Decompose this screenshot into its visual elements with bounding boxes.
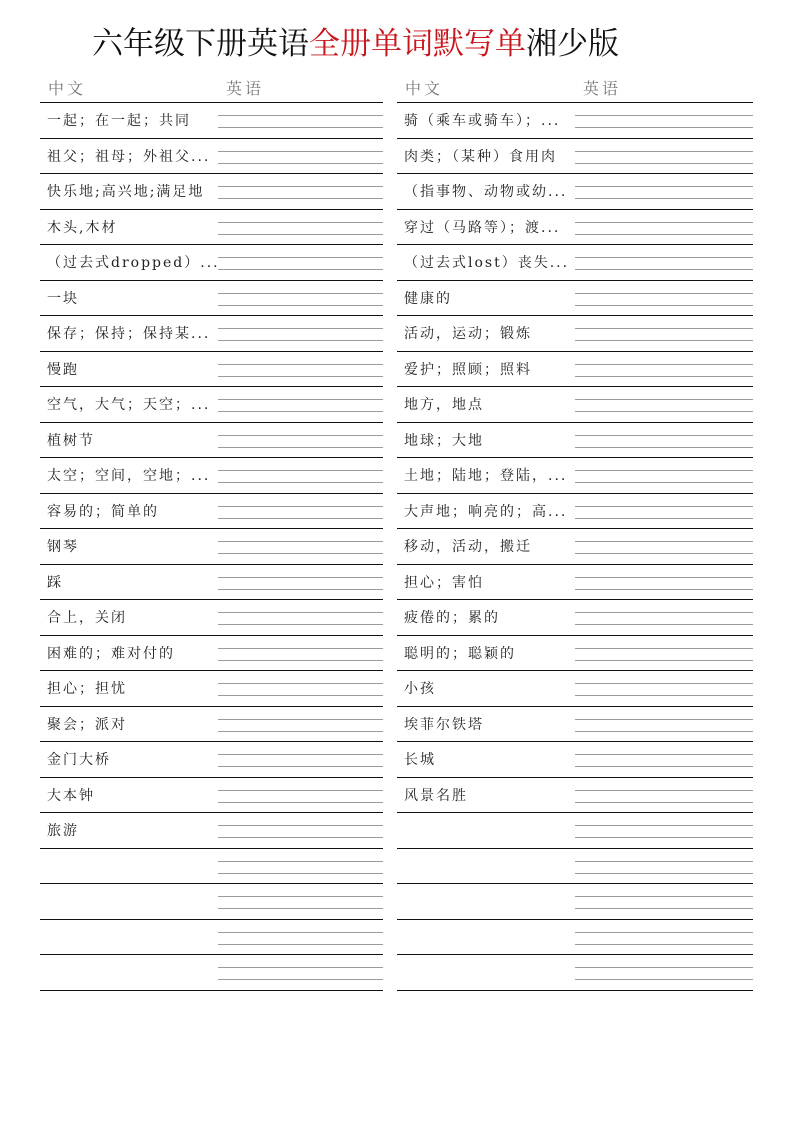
english-write-line xyxy=(575,518,753,519)
vocab-table-left: 中文 英语 一起；在一起；共同祖父；祖母；外祖父...快乐地;高兴地;满足地木头… xyxy=(40,72,383,991)
english-write-line xyxy=(218,754,383,755)
table-row: 长城 xyxy=(397,742,753,778)
english-write-line xyxy=(218,435,383,436)
english-write-line xyxy=(575,754,753,755)
chinese-meaning: 快乐地;高兴地;满足地 xyxy=(47,181,204,201)
table-header: 中文 英语 xyxy=(397,72,753,103)
vocab-table-right: 中文 英语 骑（乘车或骑车）；...肉类；（某种）食用肉（指事物、动物或幼...… xyxy=(397,72,753,991)
table-header: 中文 英语 xyxy=(40,72,383,103)
english-write-line xyxy=(575,541,753,542)
english-write-line xyxy=(218,944,383,945)
chinese-meaning: 活动，运动；锻炼 xyxy=(404,323,532,343)
english-write-line xyxy=(575,399,753,400)
english-write-line xyxy=(218,305,383,306)
english-write-line xyxy=(575,257,753,258)
chinese-meaning: 合上，关闭 xyxy=(47,607,127,627)
column-header-english: 英语 xyxy=(583,76,621,99)
english-write-line xyxy=(575,151,753,152)
table-row xyxy=(397,955,753,991)
chinese-meaning: 移动，活动，搬迁 xyxy=(404,536,532,556)
table-row xyxy=(40,920,383,956)
table-row: 容易的；简单的 xyxy=(40,494,383,530)
chinese-meaning: 旅游 xyxy=(47,820,79,840)
table-row: 担心；害怕 xyxy=(397,565,753,601)
english-write-line xyxy=(575,163,753,164)
english-write-line xyxy=(218,908,383,909)
column-header-english: 英语 xyxy=(226,76,264,99)
english-write-line xyxy=(218,411,383,412)
english-write-line xyxy=(218,577,383,578)
english-write-line xyxy=(575,624,753,625)
english-write-line xyxy=(218,802,383,803)
title-highlight: 全册单词默写单 xyxy=(309,26,526,62)
chinese-meaning: 长城 xyxy=(404,749,436,769)
chinese-meaning: 一起；在一起；共同 xyxy=(47,110,191,130)
english-write-line xyxy=(218,695,383,696)
english-write-line xyxy=(218,553,383,554)
english-write-line xyxy=(575,766,753,767)
english-write-line xyxy=(218,399,383,400)
chinese-meaning: 穿过（马路等）；渡... xyxy=(404,217,560,237)
table-row xyxy=(397,920,753,956)
chinese-meaning: 担心；害怕 xyxy=(404,572,484,592)
english-write-line xyxy=(218,447,383,448)
table-row: 活动，运动；锻炼 xyxy=(397,316,753,352)
english-write-line xyxy=(575,612,753,613)
table-row: 一块 xyxy=(40,281,383,317)
english-write-line xyxy=(218,932,383,933)
chinese-meaning: 聪明的；聪颖的 xyxy=(404,643,516,663)
english-write-line xyxy=(575,896,753,897)
english-write-line xyxy=(218,328,383,329)
english-write-line xyxy=(218,293,383,294)
chinese-meaning: 土地；陆地；登陆，... xyxy=(404,465,567,485)
english-write-line xyxy=(575,837,753,838)
table-row xyxy=(397,813,753,849)
chinese-meaning: 一块 xyxy=(47,288,79,308)
table-row: 大本钟 xyxy=(40,778,383,814)
english-write-line xyxy=(218,731,383,732)
english-write-line xyxy=(575,790,753,791)
table-row: 合上，关闭 xyxy=(40,600,383,636)
column-header-chinese: 中文 xyxy=(48,76,86,99)
english-write-line xyxy=(575,825,753,826)
chinese-meaning: （过去式dropped）... xyxy=(47,252,220,272)
english-write-line xyxy=(575,731,753,732)
english-write-line xyxy=(218,683,383,684)
english-write-line xyxy=(218,861,383,862)
english-write-line xyxy=(218,198,383,199)
english-write-line xyxy=(218,589,383,590)
english-write-line xyxy=(575,553,753,554)
table-row: 地方，地点 xyxy=(397,387,753,423)
chinese-meaning: 爱护；照顾；照料 xyxy=(404,359,532,379)
table-row: （指事物、动物或幼... xyxy=(397,174,753,210)
chinese-meaning: 植树节 xyxy=(47,430,95,450)
chinese-meaning: 小孩 xyxy=(404,678,436,698)
english-write-line xyxy=(218,127,383,128)
english-write-line xyxy=(218,186,383,187)
english-write-line xyxy=(575,435,753,436)
table-row: 钢琴 xyxy=(40,529,383,565)
chinese-meaning: 肉类；（某种）食用肉 xyxy=(404,146,557,166)
english-write-line xyxy=(575,589,753,590)
english-write-line xyxy=(218,482,383,483)
english-write-line xyxy=(575,932,753,933)
english-write-line xyxy=(575,695,753,696)
english-write-line xyxy=(575,861,753,862)
table-row: 健康的 xyxy=(397,281,753,317)
english-write-line xyxy=(218,257,383,258)
chinese-meaning: 容易的；简单的 xyxy=(47,501,159,521)
table-row xyxy=(40,884,383,920)
table-body: 一起；在一起；共同祖父；祖母；外祖父...快乐地;高兴地;满足地木头,木材（过去… xyxy=(40,103,383,991)
english-write-line xyxy=(575,447,753,448)
english-write-line xyxy=(218,660,383,661)
chinese-meaning: 风景名胜 xyxy=(404,785,468,805)
english-write-line xyxy=(218,979,383,980)
english-write-line xyxy=(575,482,753,483)
table-row: 小孩 xyxy=(397,671,753,707)
english-write-line xyxy=(575,186,753,187)
english-write-line xyxy=(218,234,383,235)
english-write-line xyxy=(575,648,753,649)
english-write-line xyxy=(218,766,383,767)
english-write-line xyxy=(575,376,753,377)
table-row: 旅游 xyxy=(40,813,383,849)
english-write-line xyxy=(218,967,383,968)
chinese-meaning: 大声地；响亮的；高... xyxy=(404,501,567,521)
english-write-line xyxy=(218,719,383,720)
table-row xyxy=(40,849,383,885)
chinese-meaning: 金门大桥 xyxy=(47,749,111,769)
table-row: 大声地；响亮的；高... xyxy=(397,494,753,530)
table-row: 担心；担忧 xyxy=(40,671,383,707)
table-row: 慢跑 xyxy=(40,352,383,388)
table-row: 骑（乘车或骑车）；... xyxy=(397,103,753,139)
english-write-line xyxy=(218,222,383,223)
chinese-meaning: 踩 xyxy=(47,572,63,592)
table-row: 聪明的；聪颖的 xyxy=(397,636,753,672)
english-write-line xyxy=(575,470,753,471)
english-write-line xyxy=(575,115,753,116)
chinese-meaning: 困难的；难对付的 xyxy=(47,643,175,663)
english-write-line xyxy=(575,506,753,507)
chinese-meaning: 健康的 xyxy=(404,288,452,308)
english-write-line xyxy=(575,577,753,578)
english-write-line xyxy=(575,719,753,720)
chinese-meaning: 祖父；祖母；外祖父... xyxy=(47,146,210,166)
table-row: 植树节 xyxy=(40,423,383,459)
chinese-meaning: 空气，大气；天空；... xyxy=(47,394,210,414)
chinese-meaning: 骑（乘车或骑车）；... xyxy=(404,110,560,130)
english-write-line xyxy=(575,293,753,294)
english-write-line xyxy=(218,340,383,341)
english-write-line xyxy=(575,802,753,803)
english-write-line xyxy=(575,411,753,412)
english-write-line xyxy=(218,470,383,471)
page-title: 六年级下册英语全册单词默写单湘少版 xyxy=(92,24,619,64)
chinese-meaning: 疲倦的；累的 xyxy=(404,607,500,627)
chinese-meaning: 地方，地点 xyxy=(404,394,484,414)
english-write-line xyxy=(218,612,383,613)
chinese-meaning: 木头,木材 xyxy=(47,217,117,237)
table-row: 空气，大气；天空；... xyxy=(40,387,383,423)
english-write-line xyxy=(575,660,753,661)
table-row: 肉类；（某种）食用肉 xyxy=(397,139,753,175)
table-row xyxy=(397,849,753,885)
english-write-line xyxy=(575,328,753,329)
table-row: 一起；在一起；共同 xyxy=(40,103,383,139)
english-write-line xyxy=(575,234,753,235)
table-row: 太空；空间，空地；... xyxy=(40,458,383,494)
table-row: （过去式dropped）... xyxy=(40,245,383,281)
english-write-line xyxy=(575,198,753,199)
table-row: 埃菲尔铁塔 xyxy=(397,707,753,743)
chinese-meaning: 聚会；派对 xyxy=(47,714,127,734)
english-write-line xyxy=(218,115,383,116)
chinese-meaning: 大本钟 xyxy=(47,785,95,805)
chinese-meaning: 埃菲尔铁塔 xyxy=(404,714,484,734)
chinese-meaning: 地球；大地 xyxy=(404,430,484,450)
title-edition: 湘少版 xyxy=(526,26,619,62)
table-row: 木头,木材 xyxy=(40,210,383,246)
english-write-line xyxy=(575,683,753,684)
table-row: 踩 xyxy=(40,565,383,601)
chinese-meaning: （指事物、动物或幼... xyxy=(404,181,567,201)
table-row: 聚会；派对 xyxy=(40,707,383,743)
chinese-meaning: 保存；保持；保持某... xyxy=(47,323,210,343)
english-write-line xyxy=(575,127,753,128)
english-write-line xyxy=(218,624,383,625)
table-row: 爱护；照顾；照料 xyxy=(397,352,753,388)
english-write-line xyxy=(218,269,383,270)
table-row: 快乐地;高兴地;满足地 xyxy=(40,174,383,210)
table-row: 土地；陆地；登陆，... xyxy=(397,458,753,494)
english-write-line xyxy=(575,269,753,270)
english-write-line xyxy=(218,648,383,649)
english-write-line xyxy=(218,518,383,519)
english-write-line xyxy=(575,222,753,223)
english-write-line xyxy=(218,151,383,152)
english-write-line xyxy=(575,305,753,306)
english-write-line xyxy=(575,944,753,945)
table-row: 风景名胜 xyxy=(397,778,753,814)
english-write-line xyxy=(218,541,383,542)
english-write-line xyxy=(575,979,753,980)
table-row xyxy=(397,884,753,920)
chinese-meaning: 慢跑 xyxy=(47,359,79,379)
chinese-meaning: 钢琴 xyxy=(47,536,79,556)
title-grade: 六年级下册英语 xyxy=(92,26,309,62)
english-write-line xyxy=(575,340,753,341)
chinese-meaning: （过去式lost）丧失... xyxy=(404,252,569,272)
english-write-line xyxy=(218,364,383,365)
table-row: 移动，活动，搬迁 xyxy=(397,529,753,565)
table-row: 困难的；难对付的 xyxy=(40,636,383,672)
english-write-line xyxy=(218,163,383,164)
table-row: 地球；大地 xyxy=(397,423,753,459)
english-write-line xyxy=(218,837,383,838)
table-row xyxy=(40,955,383,991)
table-row: 穿过（马路等）；渡... xyxy=(397,210,753,246)
table-body: 骑（乘车或骑车）；...肉类；（某种）食用肉（指事物、动物或幼...穿过（马路等… xyxy=(397,103,753,991)
english-write-line xyxy=(218,873,383,874)
column-header-chinese: 中文 xyxy=(405,76,443,99)
table-row: 祖父；祖母；外祖父... xyxy=(40,139,383,175)
english-write-line xyxy=(575,908,753,909)
chinese-meaning: 担心；担忧 xyxy=(47,678,127,698)
chinese-meaning: 太空；空间，空地；... xyxy=(47,465,210,485)
table-row: 金门大桥 xyxy=(40,742,383,778)
english-write-line xyxy=(575,873,753,874)
english-write-line xyxy=(218,506,383,507)
english-write-line xyxy=(218,376,383,377)
english-write-line xyxy=(218,825,383,826)
english-write-line xyxy=(575,967,753,968)
english-write-line xyxy=(218,896,383,897)
table-row: （过去式lost）丧失... xyxy=(397,245,753,281)
english-write-line xyxy=(575,364,753,365)
table-row: 疲倦的；累的 xyxy=(397,600,753,636)
english-write-line xyxy=(218,790,383,791)
table-row: 保存；保持；保持某... xyxy=(40,316,383,352)
